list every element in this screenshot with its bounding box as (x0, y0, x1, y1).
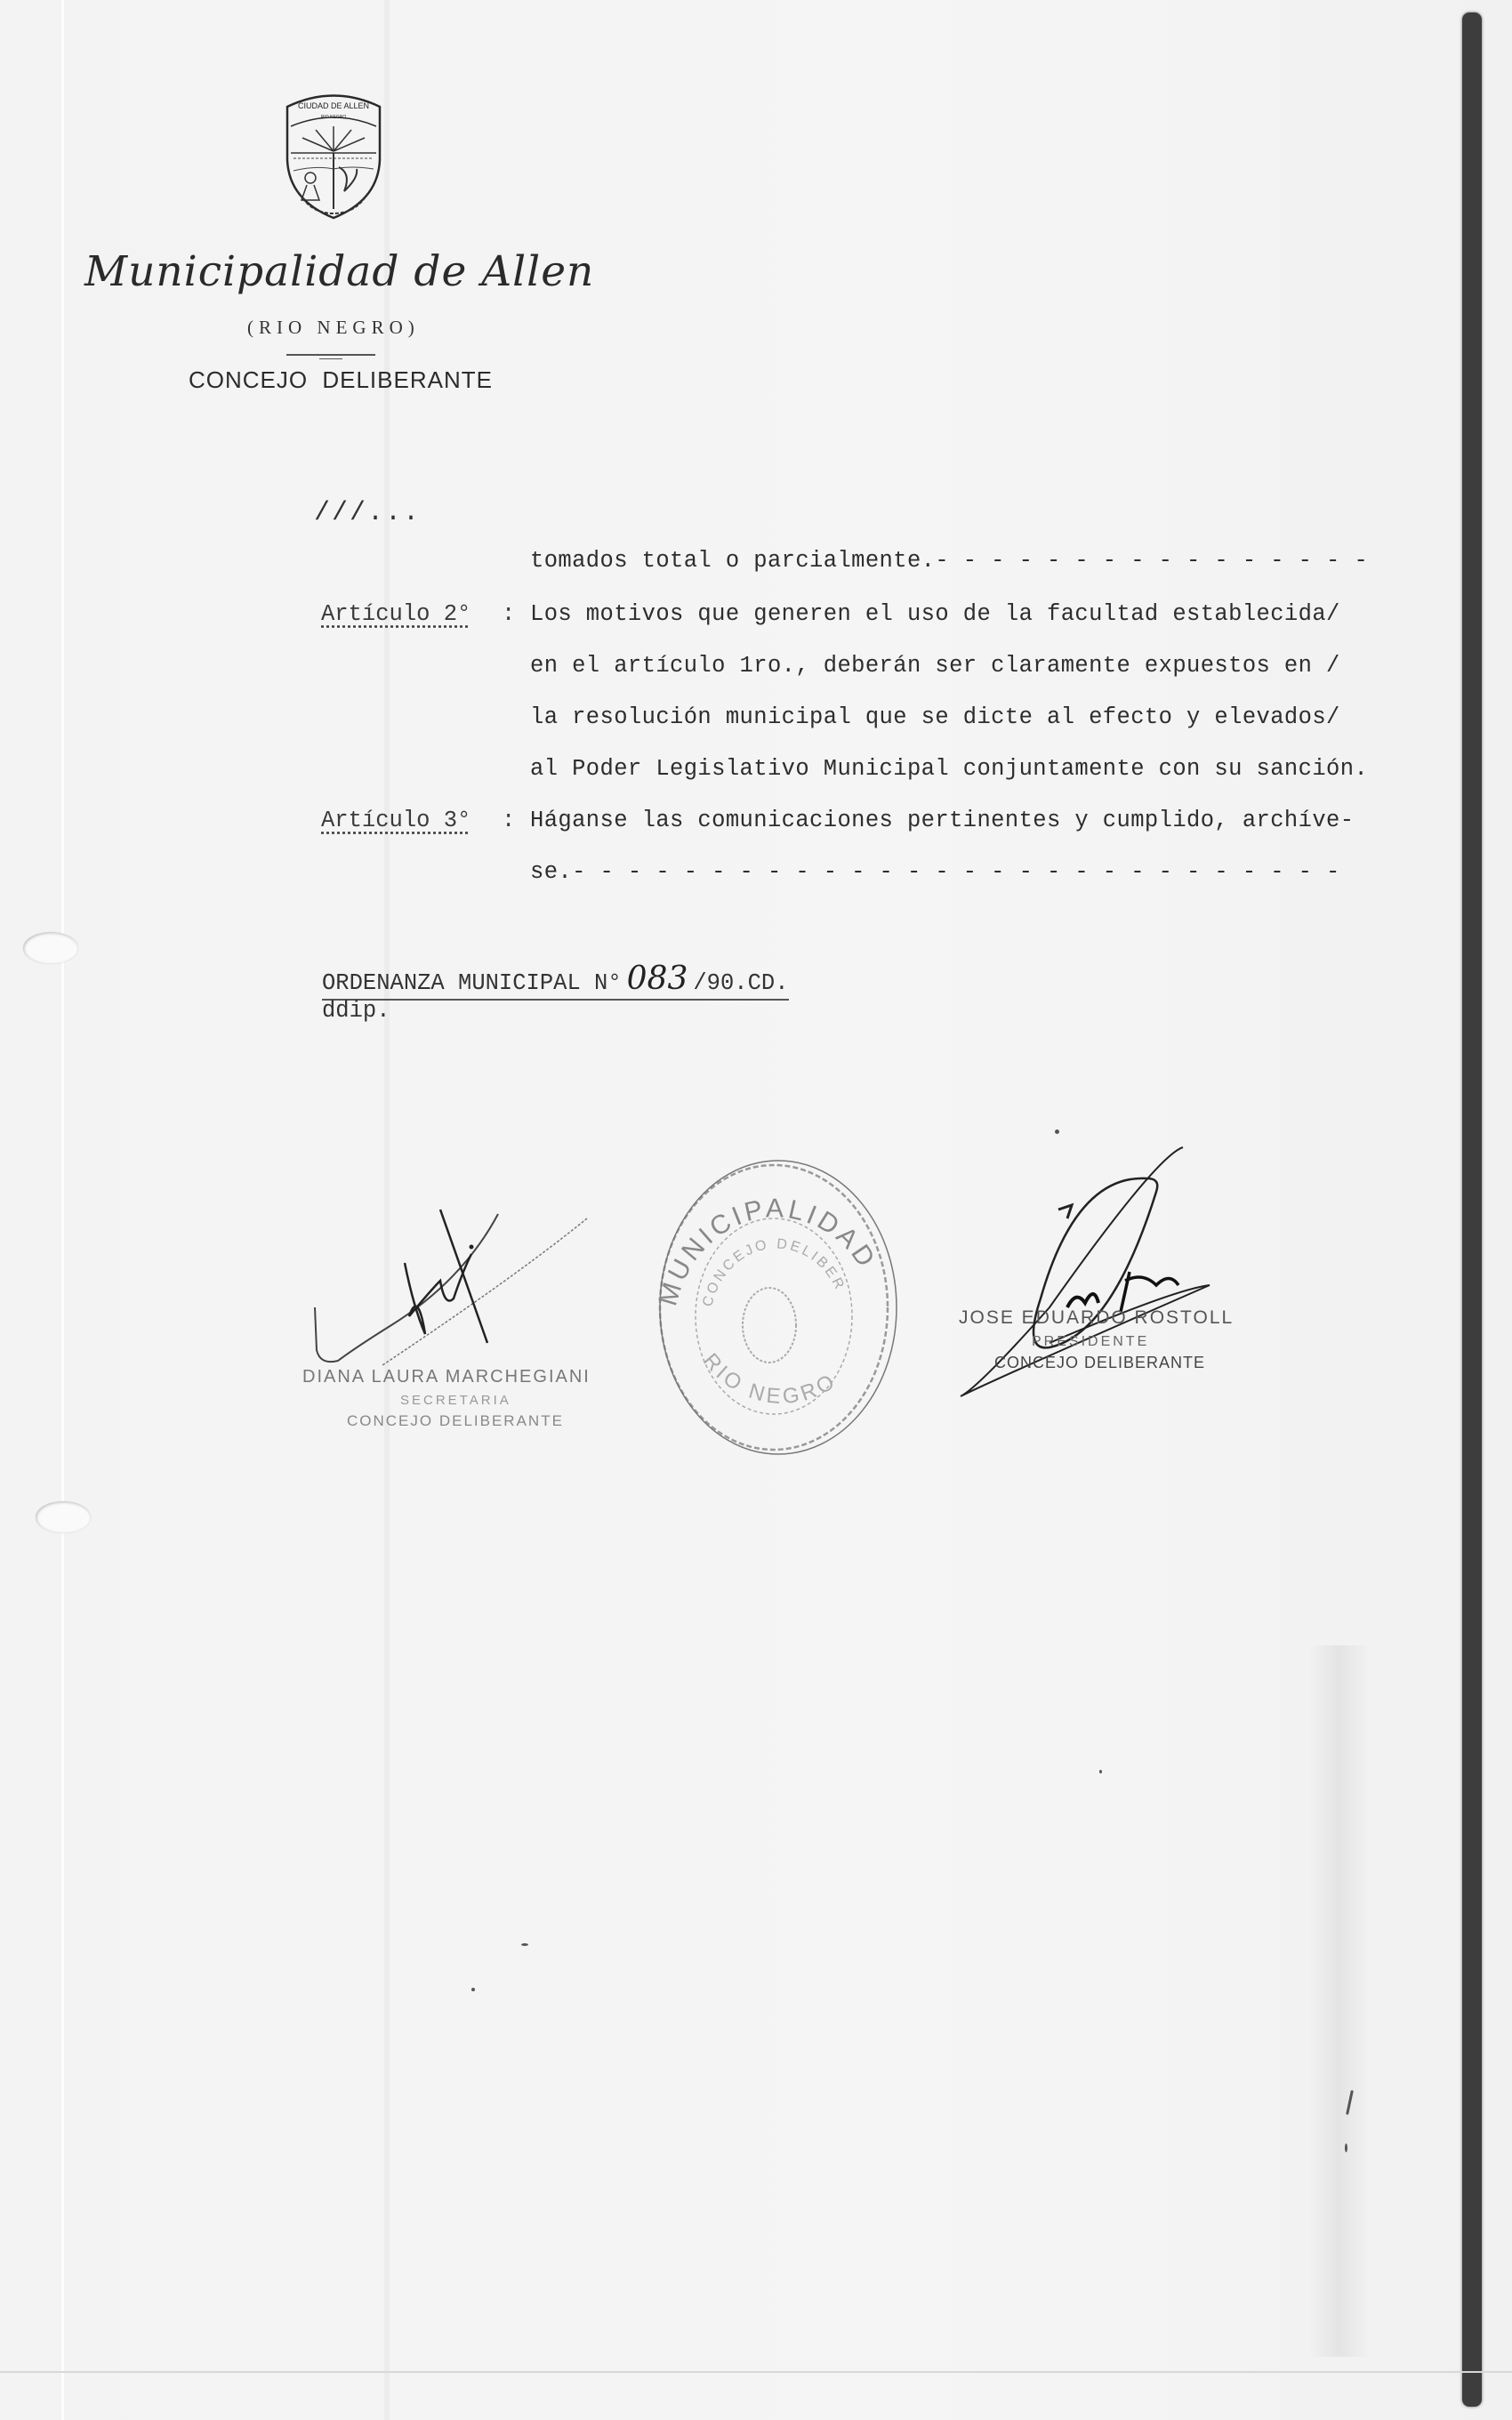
scan-speck (1345, 2143, 1347, 2152)
scan-speck (521, 1943, 528, 1946)
province-label: (RIO NEGRO) (247, 317, 420, 339)
article-3-label: Artículo 3° (321, 808, 470, 833)
signatory-org: CONCEJO DELIBERANTE (347, 1412, 564, 1430)
punch-hole (36, 1501, 91, 1533)
article-2-line: Los motivos que generen el uso de la fac… (530, 601, 1340, 627)
article-3-line: Háganse las comunicaciones pertinentes y… (530, 808, 1354, 833)
scan-speck (471, 1988, 475, 1991)
signature-secretary-icon (285, 1192, 623, 1396)
header-divider (286, 354, 375, 356)
typist-initials: ddip. (322, 998, 390, 1024)
signatory-name: DIANA LAURA MARCHEGIANI (302, 1367, 591, 1387)
article-2-label: Artículo 2° (321, 601, 470, 627)
continuation-mark: ///... (314, 498, 421, 528)
article-2-line: en el artículo 1ro., deberán ser clarame… (530, 653, 1340, 679)
document-page: CIUDAD DE ALLEN RIO NEGRO Municipalidad … (0, 0, 1512, 2420)
signatory-org: CONCEJO DELIBERANTE (994, 1354, 1205, 1372)
header-divider (319, 358, 342, 359)
separator: : (502, 808, 515, 833)
separator: : (502, 601, 515, 627)
article-2-line: al Poder Legislativo Municipal conjuntam… (530, 756, 1368, 782)
official-seal-icon: MUNICIPALIDAD DE ALLEN CONCEJO DELIBERAN… (640, 1138, 907, 1467)
council-label: CONCEJO DELIBERANTE (189, 366, 493, 394)
scan-shadow (1307, 1645, 1370, 2357)
fold-line (61, 0, 64, 2420)
ordinance-suffix: /90.CD. (693, 970, 788, 996)
signatory-role: PRESIDENTE (1032, 1334, 1149, 1350)
scan-speck (1099, 1770, 1102, 1773)
punch-hole (23, 932, 78, 964)
signatory-role: SECRETARIA (400, 1393, 511, 1408)
scan-speck (1055, 1130, 1059, 1134)
ordinance-handwritten-number: 083 (627, 961, 688, 997)
municipal-crest-icon: CIUDAD DE ALLEN RIO NEGRO (280, 89, 387, 222)
page-bottom-edge (0, 2371, 1512, 2373)
article-3-line: se.- - - - - - - - - - - - - - - - - - -… (530, 859, 1340, 885)
binding-edge (1462, 12, 1482, 2407)
ordinance-number: ORDENANZA MUNICIPAL N°083/90.CD. (322, 961, 789, 1001)
article-2-line: la resolución municipal que se dicte al … (530, 704, 1340, 730)
text-line: tomados total o parcialmente.- - - - - -… (530, 548, 1368, 574)
ordinance-prefix: ORDENANZA MUNICIPAL N° (322, 970, 622, 996)
municipality-title: Municipalidad de Allen (84, 247, 618, 296)
svg-text:RIO NEGRO: RIO NEGRO (321, 115, 347, 120)
signatory-name: JOSE EDUARDO ROSTOLL (959, 1307, 1234, 1329)
svg-text:RIO NEGRO: RIO NEGRO (698, 1349, 841, 1410)
svg-text:CIUDAD DE ALLEN: CIUDAD DE ALLEN (298, 101, 369, 110)
